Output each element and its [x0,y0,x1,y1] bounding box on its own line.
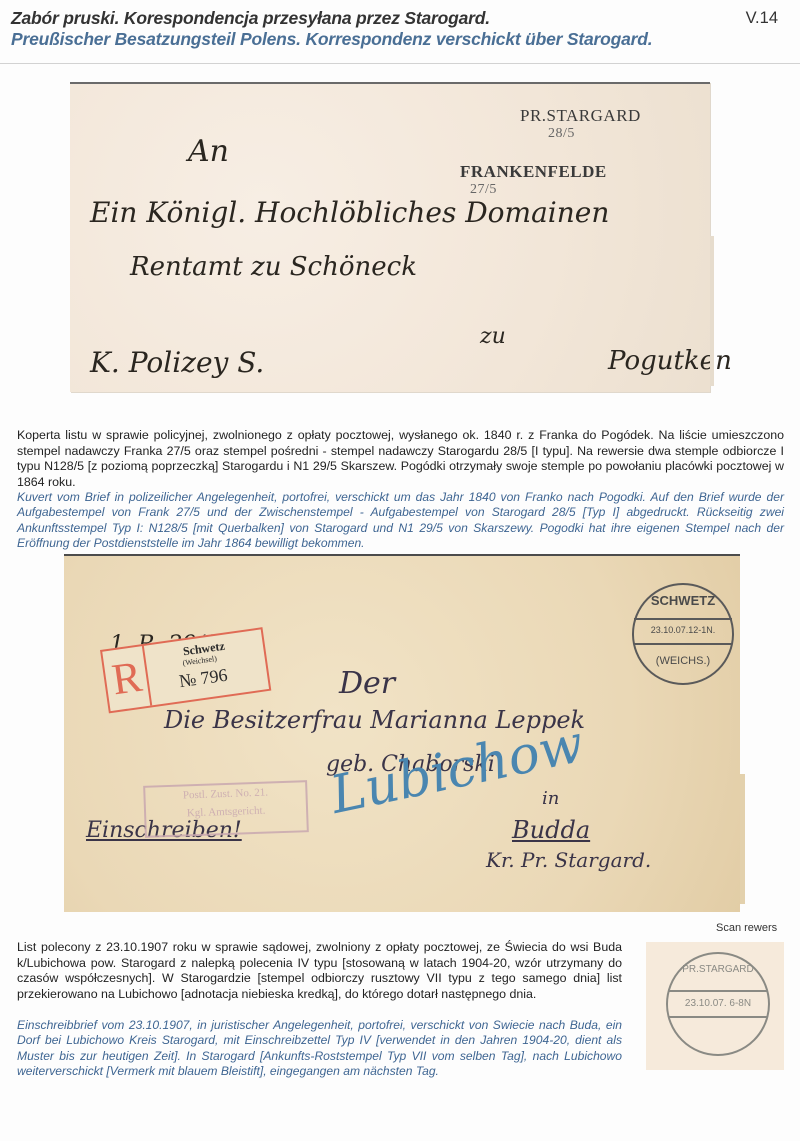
stargard-arrival-cancel: PR.STARGARD 23.10.07. 6-8N [666,952,770,1056]
cover-1-edge [710,236,714,386]
scan-reverse-caption: Scan rewers [716,922,777,934]
postmark-prstargard-date: 28/5 [548,126,575,142]
page-title-polish: Zabór pruski. Korespondencja przesyłana … [11,8,490,29]
handwritten-polizey-note: K. Polizey S. [90,346,264,379]
cancel-bar-bottom [634,643,732,645]
court-box-stamp: Postl. Zust. No. 21. Kgl. Amtsgericht. [143,780,309,838]
cover-2-edge [740,774,745,904]
cover-2-description-german: Einschreibbrief vom 23.10.1907, in juris… [17,1018,622,1079]
scan-reverse-image: PR.STARGARD 23.10.07. 6-8N [646,942,784,1070]
arrival-cancel-bar-top [668,990,768,992]
cancel-top-text: SCHWETZ [634,593,732,608]
handwritten-salutation-2: Der [339,666,395,701]
handwritten-district: Kr. Pr. Stargard. [486,848,651,872]
handwritten-place-budda: Budda [512,816,590,844]
header-divider [0,63,800,64]
handwritten-salutation: An [188,134,229,169]
schwetz-cancel: SCHWETZ 23.10.07.12-1N. (WEICHS.) [632,583,734,685]
cover-2-description-polish: List polecony z 23.10.1907 roku w sprawi… [17,940,622,1002]
registration-number: № 796 [178,665,229,693]
cover-1-image: PR.STARGARD 28/5 FRANKENFELDE 27/5 An Ei… [70,82,710,392]
cancel-bar-top [634,618,732,620]
page-title-german: Preußischer Besatzungsteil Polens. Korre… [11,29,652,50]
cover-1-description-polish: Koperta listu w sprawie policyjnej, zwol… [17,428,784,490]
handwritten-in: in [542,788,559,809]
handwritten-addressee: Ein Königl. Hochlöbliches Domainen [90,196,609,229]
arrival-cancel-date: 23.10.07. 6-8N [668,998,768,1009]
cancel-bottom-text: (WEICHS.) [634,655,732,667]
arrival-cancel-top: PR.STARGARD [668,964,768,975]
handwritten-office: Rentamt zu Schöneck [130,252,417,282]
cancel-date: 23.10.07.12-1N. [634,625,732,635]
sheet-number: V.14 [746,9,778,28]
handwritten-zu: zu [480,324,506,349]
postmark-prstargard: PR.STARGARD [520,106,641,126]
arrival-cancel-bar-bottom [668,1016,768,1018]
cover-1-description-german: Kuvert vom Brief in polizeilicher Angele… [17,490,784,551]
postmark-frankenfelde: FRANKENFELDE [460,162,607,182]
registration-letter: R [109,655,144,703]
